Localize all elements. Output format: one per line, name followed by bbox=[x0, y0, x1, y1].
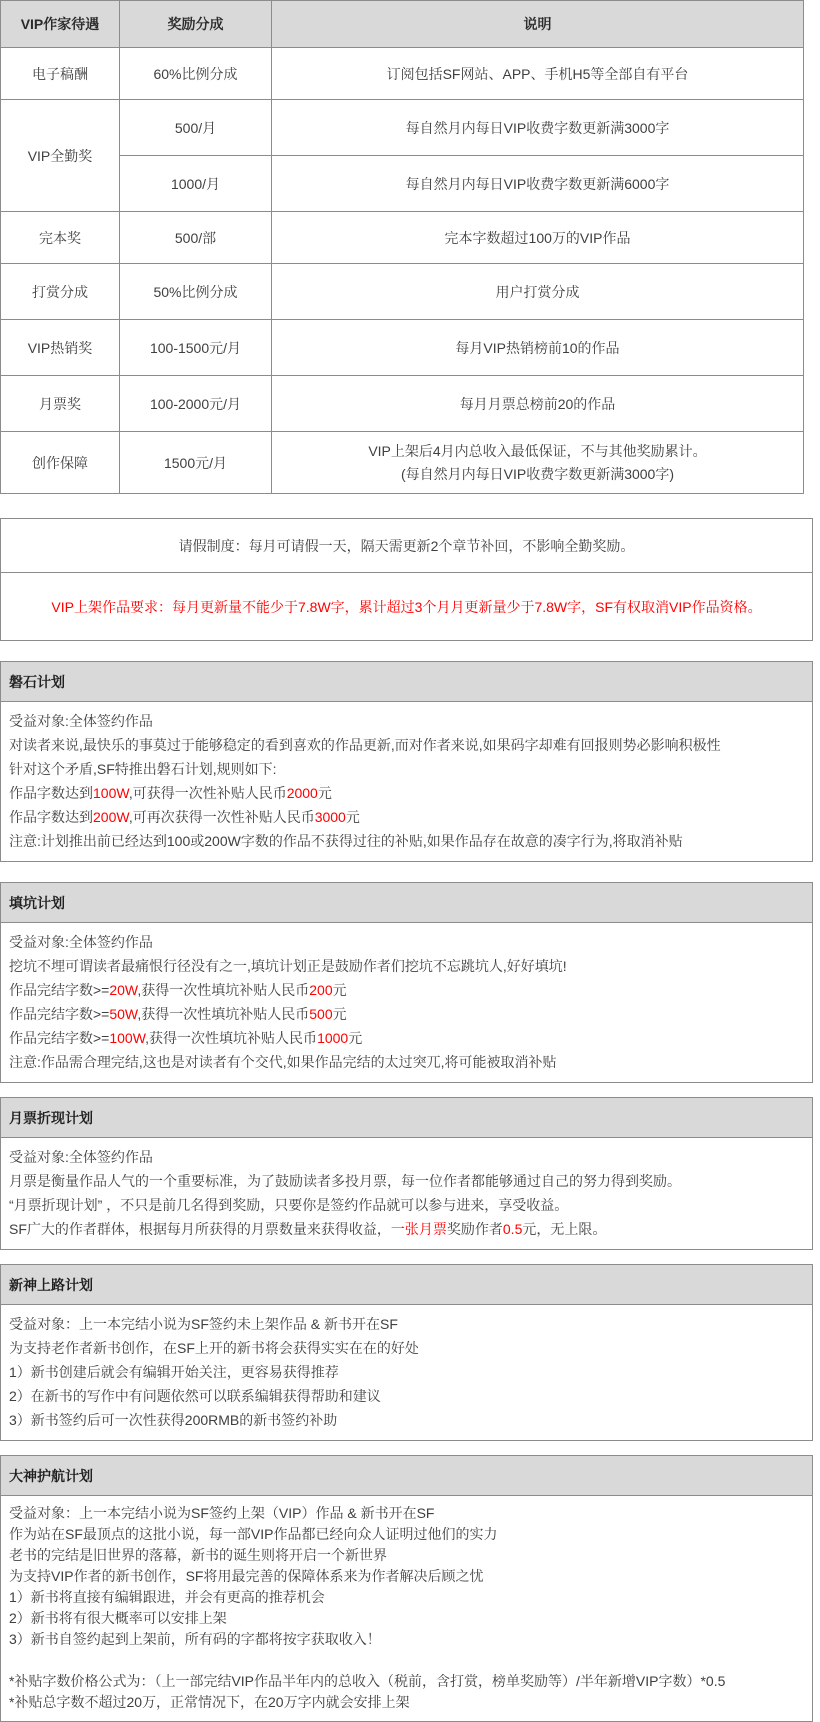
benefit-name-cell: 打赏分成 bbox=[1, 264, 120, 320]
text-line: 注意:计划推出前已经达到100或200W字数的作品不获得过往的补贴,如果作品存在… bbox=[9, 829, 804, 853]
section-title-tiankeng: 填坑计划 bbox=[1, 883, 812, 923]
text-line: 3）新书签约后可一次性获得200RMB的新书签约补助 bbox=[9, 1408, 804, 1432]
text-segment: 注意:作品需合理完结,这也是对读者有个交代,如果作品完结的太过突兀,将可能被取消… bbox=[9, 1054, 557, 1070]
text-segment: 200 bbox=[309, 982, 332, 998]
text-line: 月票是衡量作品人气的一个重要标准，为了鼓励读者多投月票，每一位作者都能够通过自己… bbox=[9, 1169, 804, 1193]
text-segment: 老书的完结是旧世界的落幕，新书的诞生则将开启一个新世界 bbox=[9, 1547, 387, 1563]
text-line: 作品字数达到100W,可获得一次性补贴人民币2000元 bbox=[9, 781, 804, 805]
leave-policy-notice: 请假制度：每月可请假一天，隔天需更新2个章节补回，不影响全勤奖励。 bbox=[1, 519, 813, 573]
benefit-name-cell: VIP全勤奖 bbox=[1, 100, 120, 212]
text-segment: 为支持老作者新书创作，在SF上开的新书将会获得实实在在的好处 bbox=[9, 1340, 419, 1356]
description-line-2: (每自然月内每日VIP收费字数更新满3000字) bbox=[278, 463, 797, 486]
reward-table: VIP作家待遇 奖励分成 说明 电子稿酬 60%比例分成 订阅包括SF网站、AP… bbox=[0, 0, 804, 494]
text-segment: 作品完结字数>= bbox=[9, 982, 109, 998]
text-line: 对读者来说,最快乐的事莫过于能够稳定的看到喜欢的作品更新,而对作者来说,如果码字… bbox=[9, 733, 804, 757]
text-line: 受益对象:全体签约作品 bbox=[9, 930, 804, 954]
text-segment: 作品完结字数>= bbox=[9, 1030, 109, 1046]
text-segment: 元 bbox=[333, 982, 347, 998]
section-body-panshi: 受益对象:全体签约作品 对读者来说,最快乐的事莫过于能够稳定的看到喜欢的作品更新… bbox=[1, 702, 812, 861]
text-segment: 100W bbox=[93, 785, 129, 801]
text-line: 作品完结字数>=50W,获得一次性填坑补贴人民币500元 bbox=[9, 1002, 804, 1026]
text-segment: 奖励作者 bbox=[447, 1221, 503, 1237]
text-segment: 作品字数达到 bbox=[9, 785, 93, 801]
text-segment: 2）新书将有很大概率可以安排上架 bbox=[9, 1610, 227, 1626]
text-line: 注意:作品需合理完结,这也是对读者有个交代,如果作品完结的太过突兀,将可能被取消… bbox=[9, 1050, 804, 1074]
benefit-name-cell: 完本奖 bbox=[1, 212, 120, 264]
benefit-name-cell: 创作保障 bbox=[1, 432, 120, 494]
vip-author-benefits-page: { "colors": { "header_bg": "#d9d9d9", "b… bbox=[0, 0, 820, 1722]
text-segment: 50W bbox=[109, 1006, 137, 1022]
section-body-new-author: 受益对象：上一本完结小说为SF签约未上架作品 & 新书开在SF 为支持老作者新书… bbox=[1, 1305, 812, 1440]
text-line: “月票折现计划” ，不只是前几名得到奖励，只要你是签约作品就可以参与进来，享受收… bbox=[9, 1193, 804, 1217]
text-segment: 对读者来说,最快乐的事莫过于能够稳定的看到喜欢的作品更新,而对作者来说,如果码字… bbox=[9, 737, 721, 753]
footnote-formula: *补贴字数价格公式为：（上一部完结VIP作品半年内的总收入（税前，含打赏，榜单奖… bbox=[9, 1671, 804, 1692]
text-segment: 月票是衡量作品人气的一个重要标准，为了鼓励读者多投月票，每一位作者都能够通过自己… bbox=[9, 1173, 681, 1189]
text-segment: 3000 bbox=[315, 809, 346, 825]
section-tiankeng-plan: 填坑计划 受益对象:全体签约作品 挖坑不埋可谓读者最痛恨行径没有之一,填坑计划正… bbox=[0, 882, 813, 1083]
table-row-vip-bestseller-award: VIP热销奖 100-1500元/月 每月VIP热销榜前10的作品 bbox=[1, 320, 804, 376]
section-title-monthly-ticket: 月票折现计划 bbox=[1, 1098, 812, 1138]
text-line: 3）新书自签约起到上架前，所有码的字都将按字获取收入！ bbox=[9, 1629, 804, 1650]
text-segment: 为支持VIP作者的新书创作，SF将用最完善的保障体系来为作者解决后顾之忧 bbox=[9, 1568, 483, 1584]
text-segment: 元 bbox=[346, 809, 360, 825]
description-cell: 每月VIP热销榜前10的作品 bbox=[272, 320, 804, 376]
text-segment: 作品完结字数>= bbox=[9, 1006, 109, 1022]
text-segment: 受益对象:全体签约作品 bbox=[9, 1149, 153, 1165]
text-segment: 针对这个矛盾,SF特推出磐石计划,规则如下: bbox=[9, 761, 277, 777]
text-segment: 受益对象:全体签约作品 bbox=[9, 934, 153, 950]
section-title-panshi: 磐石计划 bbox=[1, 662, 812, 702]
description-cell: 订阅包括SF网站、APP、手机H5等全部自有平台 bbox=[272, 48, 804, 100]
text-line: 受益对象：上一本完结小说为SF签约未上架作品 & 新书开在SF bbox=[9, 1312, 804, 1336]
text-segment: 一张月票 bbox=[391, 1221, 447, 1237]
text-segment: 注意:计划推出前已经达到100或200W字数的作品不获得过往的补贴,如果作品存在… bbox=[9, 833, 683, 849]
table-row-ebook-royalty: 电子稿酬 60%比例分成 订阅包括SF网站、APP、手机H5等全部自有平台 bbox=[1, 48, 804, 100]
text-segment: 500 bbox=[309, 1006, 332, 1022]
benefit-name-cell: 月票奖 bbox=[1, 376, 120, 432]
text-segment: ,获得一次性填坑补贴人民币 bbox=[137, 982, 309, 998]
text-segment: 0.5 bbox=[503, 1221, 522, 1237]
text-line: 挖坑不埋可谓读者最痛恨行径没有之一,填坑计划正是鼓励作者们挖坑不忘跳坑人,好好填… bbox=[9, 954, 804, 978]
text-line: SF广大的作者群体，根据每月所获得的月票数量来获得收益，一张月票奖励作者0.5元… bbox=[9, 1217, 804, 1241]
table-row-completion-award: 完本奖 500/部 完本字数超过100万的VIP作品 bbox=[1, 212, 804, 264]
description-cell: 完本字数超过100万的VIP作品 bbox=[272, 212, 804, 264]
text-segment: ,获得一次性填坑补贴人民币 bbox=[145, 1030, 317, 1046]
text-segment: *补贴总字数不超过20万，正常情况下，在20万字内就会安排上架 bbox=[9, 1694, 410, 1710]
share-cell: 1500元/月 bbox=[120, 432, 272, 494]
text-segment: ,可再次获得一次性补贴人民币 bbox=[129, 809, 315, 825]
text-segment: 2000 bbox=[287, 785, 318, 801]
text-segment: 受益对象：上一本完结小说为SF签约未上架作品 & 新书开在SF bbox=[9, 1316, 398, 1332]
text-line: 作为站在SF最顶点的这批小说，每一部VIP作品都已经向众人证明过他们的实力 bbox=[9, 1524, 804, 1545]
text-line: 受益对象:全体签约作品 bbox=[9, 1145, 804, 1169]
benefit-name-cell: VIP热销奖 bbox=[1, 320, 120, 376]
text-segment: 受益对象：上一本完结小说为SF签约上架（VIP）作品 & 新书开在SF bbox=[9, 1505, 434, 1521]
section-title-new-author: 新神上路计划 bbox=[1, 1265, 812, 1305]
text-segment: *补贴字数价格公式为：（上一部完结VIP作品半年内的总收入（税前，含打赏，榜单奖… bbox=[9, 1673, 725, 1689]
text-segment: 元 bbox=[318, 785, 332, 801]
share-cell: 50%比例分成 bbox=[120, 264, 272, 320]
text-line: 为支持VIP作者的新书创作，SF将用最完善的保障体系来为作者解决后顾之忧 bbox=[9, 1566, 804, 1587]
table-row-full-attendance-1000: 1000/月 每自然月内每日VIP收费字数更新满6000字 bbox=[1, 156, 804, 212]
section-body-monthly-ticket: 受益对象:全体签约作品 月票是衡量作品人气的一个重要标准，为了鼓励读者多投月票，… bbox=[1, 1138, 812, 1249]
section-panshi-plan: 磐石计划 受益对象:全体签约作品 对读者来说,最快乐的事莫过于能够稳定的看到喜欢… bbox=[0, 661, 813, 862]
text-segment: 元 bbox=[333, 1006, 347, 1022]
text-segment: 受益对象:全体签约作品 bbox=[9, 713, 153, 729]
vip-requirement-notice: VIP上架作品要求：每月更新量不能少于7.8W字，累计超过3个月月更新量少于7.… bbox=[1, 573, 813, 641]
text-segment: 100W bbox=[109, 1030, 145, 1046]
column-header-benefit: VIP作家待遇 bbox=[1, 1, 120, 48]
text-line: 作品完结字数>=100W,获得一次性填坑补贴人民币1000元 bbox=[9, 1026, 804, 1050]
table-row-full-attendance-500: VIP全勤奖 500/月 每自然月内每日VIP收费字数更新满3000字 bbox=[1, 100, 804, 156]
table-row-creation-guarantee: 创作保障 1500元/月 VIP上架后4月内总收入最低保证，不与其他奖励累计。 … bbox=[1, 432, 804, 494]
text-segment: 元 bbox=[348, 1030, 362, 1046]
text-line: 为支持老作者新书创作，在SF上开的新书将会获得实实在在的好处 bbox=[9, 1336, 804, 1360]
section-monthly-ticket-plan: 月票折现计划 受益对象:全体签约作品 月票是衡量作品人气的一个重要标准，为了鼓励… bbox=[0, 1097, 813, 1250]
text-segment: ,获得一次性填坑补贴人民币 bbox=[137, 1006, 309, 1022]
text-line: 针对这个矛盾,SF特推出磐石计划,规则如下: bbox=[9, 757, 804, 781]
description-cell: VIP上架后4月内总收入最低保证，不与其他奖励累计。 (每自然月内每日VIP收费… bbox=[272, 432, 804, 494]
description-cell: 每自然月内每日VIP收费字数更新满6000字 bbox=[272, 156, 804, 212]
section-body-tiankeng: 受益对象:全体签约作品 挖坑不埋可谓读者最痛恨行径没有之一,填坑计划正是鼓励作者… bbox=[1, 923, 812, 1082]
table-row-leave-policy: 请假制度：每月可请假一天，隔天需更新2个章节补回，不影响全勤奖励。 bbox=[1, 519, 813, 573]
share-cell: 100-2000元/月 bbox=[120, 376, 272, 432]
section-title-master-escort: 大神护航计划 bbox=[1, 1456, 812, 1496]
reward-table-header-row: VIP作家待遇 奖励分成 说明 bbox=[1, 1, 804, 48]
text-segment: 1000 bbox=[317, 1030, 348, 1046]
text-line: 受益对象：上一本完结小说为SF签约上架（VIP）作品 & 新书开在SF bbox=[9, 1503, 804, 1524]
section-master-escort-plan: 大神护航计划 受益对象：上一本完结小说为SF签约上架（VIP）作品 & 新书开在… bbox=[0, 1455, 813, 1722]
description-cell: 每自然月内每日VIP收费字数更新满3000字 bbox=[272, 100, 804, 156]
description-line-1: VIP上架后4月内总收入最低保证，不与其他奖励累计。 bbox=[278, 440, 797, 463]
section-new-author-plan: 新神上路计划 受益对象：上一本完结小说为SF签约未上架作品 & 新书开在SF 为… bbox=[0, 1264, 813, 1441]
notice-table: 请假制度：每月可请假一天，隔天需更新2个章节补回，不影响全勤奖励。 VIP上架作… bbox=[0, 518, 813, 641]
table-row-vip-requirement: VIP上架作品要求：每月更新量不能少于7.8W字，累计超过3个月月更新量少于7.… bbox=[1, 573, 813, 641]
text-segment: 3）新书签约后可一次性获得200RMB的新书签约补助 bbox=[9, 1412, 337, 1428]
text-line: 作品字数达到200W,可再次获得一次性补贴人民币3000元 bbox=[9, 805, 804, 829]
blank-line bbox=[9, 1650, 804, 1671]
text-segment: SF广大的作者群体，根据每月所获得的月票数量来获得收益， bbox=[9, 1221, 391, 1237]
text-segment: 1）新书创建后就会有编辑开始关注，更容易获得推荐 bbox=[9, 1364, 339, 1380]
text-line: 2）新书将有很大概率可以安排上架 bbox=[9, 1608, 804, 1629]
share-cell: 500/月 bbox=[120, 100, 272, 156]
text-segment: 作为站在SF最顶点的这批小说，每一部VIP作品都已经向众人证明过他们的实力 bbox=[9, 1526, 497, 1542]
text-line: 1）新书将直接有编辑跟进，并会有更高的推荐机会 bbox=[9, 1587, 804, 1608]
text-segment: ,可获得一次性补贴人民币 bbox=[129, 785, 287, 801]
share-cell: 100-1500元/月 bbox=[120, 320, 272, 376]
description-cell: 每月月票总榜前20的作品 bbox=[272, 376, 804, 432]
text-line: 老书的完结是旧世界的落幕，新书的诞生则将开启一个新世界 bbox=[9, 1545, 804, 1566]
text-line: 2）在新书的写作中有问题依然可以联系编辑获得帮助和建议 bbox=[9, 1384, 804, 1408]
table-row-tip-share: 打赏分成 50%比例分成 用户打赏分成 bbox=[1, 264, 804, 320]
section-body-master-escort: 受益对象：上一本完结小说为SF签约上架（VIP）作品 & 新书开在SF 作为站在… bbox=[1, 1496, 812, 1721]
text-line: 受益对象:全体签约作品 bbox=[9, 709, 804, 733]
column-header-description: 说明 bbox=[272, 1, 804, 48]
text-segment: 元，无上限。 bbox=[522, 1221, 606, 1237]
text-segment: 作品字数达到 bbox=[9, 809, 93, 825]
benefit-name-cell: 电子稿酬 bbox=[1, 48, 120, 100]
share-cell: 1000/月 bbox=[120, 156, 272, 212]
text-segment: 200W bbox=[93, 809, 129, 825]
text-segment: 挖坑不埋可谓读者最痛恨行径没有之一,填坑计划正是鼓励作者们挖坑不忘跳坑人,好好填… bbox=[9, 958, 567, 974]
footnote-word-limit: *补贴总字数不超过20万，正常情况下，在20万字内就会安排上架 bbox=[9, 1692, 804, 1713]
description-cell: 用户打赏分成 bbox=[272, 264, 804, 320]
text-line: 作品完结字数>=20W,获得一次性填坑补贴人民币200元 bbox=[9, 978, 804, 1002]
share-cell: 500/部 bbox=[120, 212, 272, 264]
share-cell: 60%比例分成 bbox=[120, 48, 272, 100]
column-header-share: 奖励分成 bbox=[120, 1, 272, 48]
text-segment: “月票折现计划” ，不只是前几名得到奖励，只要你是签约作品就可以参与进来，享受收… bbox=[9, 1197, 568, 1213]
text-segment: 20W bbox=[109, 982, 137, 998]
table-row-monthly-ticket-award: 月票奖 100-2000元/月 每月月票总榜前20的作品 bbox=[1, 376, 804, 432]
text-segment: 2）在新书的写作中有问题依然可以联系编辑获得帮助和建议 bbox=[9, 1388, 381, 1404]
text-segment: 3）新书自签约起到上架前，所有码的字都将按字获取收入！ bbox=[9, 1631, 381, 1647]
text-segment: 1）新书将直接有编辑跟进，并会有更高的推荐机会 bbox=[9, 1589, 325, 1605]
text-line: 1）新书创建后就会有编辑开始关注，更容易获得推荐 bbox=[9, 1360, 804, 1384]
